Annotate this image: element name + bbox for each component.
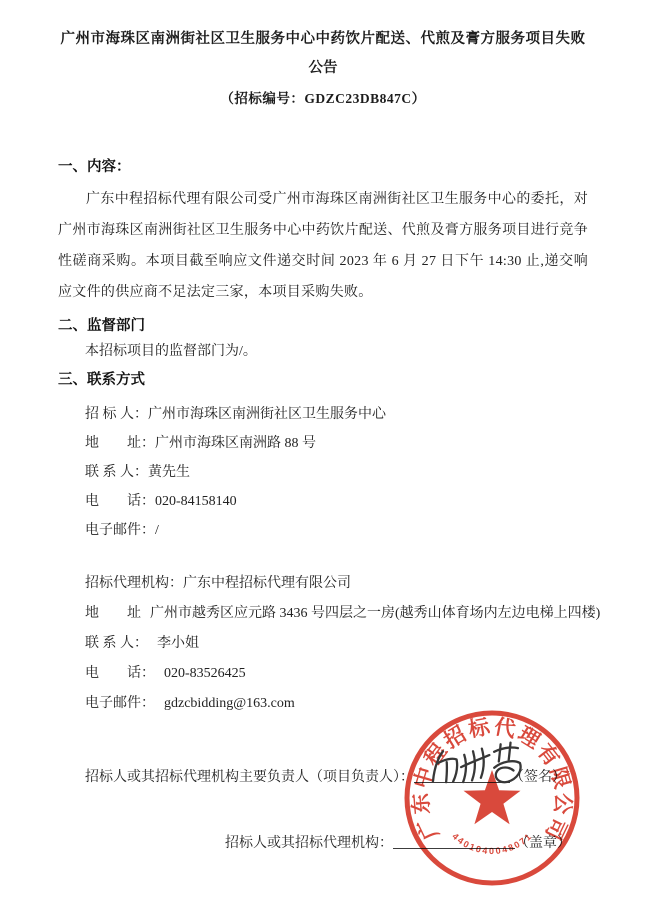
row-label: 联 系 人： — [85, 636, 148, 651]
row-label: 招 标 人： — [85, 407, 148, 422]
row-value: 广州市海珠区南洲街社区卫生服务中心 — [148, 407, 386, 422]
tenderer-row: 电 话：020-84158140 — [85, 487, 588, 516]
row-label: 电 话： — [85, 666, 155, 681]
section-heading-contact: 三、联系方式 — [58, 370, 588, 390]
row-value: 黄先生 — [148, 465, 190, 480]
row-label: 电 话： — [85, 494, 155, 509]
seal-ring-icon — [407, 713, 577, 883]
row-label: 地 址： — [85, 436, 155, 451]
signature-line-responsible-person: 招标人或其招标代理机构主要负责人（项目负责人）：（签名） — [85, 766, 588, 786]
tenderer-row: 招 标 人：广州市海珠区南洲街社区卫生服务中心 — [85, 400, 588, 429]
row-label: 招标代理机构： — [85, 576, 183, 591]
row-value: gdzcbidding@163.com — [164, 696, 295, 711]
agency-contact-block: 招标代理机构：广东中程招标代理有限公司 地 址广州市越秀区应元路 3436 号四… — [85, 569, 588, 719]
section-heading-content: 一、内容： — [58, 157, 588, 177]
page-title-second-line: 公告 — [58, 55, 588, 81]
document-page: 广州市海珠区南洲街社区卫生服务中心中药饮片配送、代煎及膏方服务项目失败 公告 （… — [0, 0, 646, 904]
company-seal: 广东中程招标代理有限公司 4401040048071 — [402, 708, 582, 888]
section-heading-supervision: 二、监督部门 — [58, 316, 588, 336]
tenderer-row: 联 系 人：黄先生 — [85, 458, 588, 487]
agency-row: 地 址广州市越秀区应元路 3436 号四层之一房(越秀山体育场内左边电梯上四楼) — [85, 599, 588, 629]
row-label: 电子邮件： — [85, 696, 155, 711]
tenderer-row: 地 址：广州市海珠区南洲路 88 号 — [85, 429, 588, 458]
signature-blank-line — [414, 768, 510, 783]
tender-number: （招标编号：GDZC23DB847C） — [58, 89, 588, 109]
stamp-blank-line — [393, 834, 515, 849]
row-value: 李小姐 — [157, 636, 199, 651]
row-label: 地 址 — [85, 606, 141, 621]
row-value: 020-83526425 — [164, 666, 246, 681]
agency-row: 电子邮件：gdzcbidding@163.com — [85, 689, 588, 719]
row-value: 广东中程招标代理有限公司 — [183, 576, 351, 591]
page-title: 广州市海珠区南洲街社区卫生服务中心中药饮片配送、代煎及膏方服务项目失败 — [58, 26, 588, 52]
signature-line1-suffix: （签名） — [510, 770, 566, 785]
row-value: 广州市越秀区应元路 3436 号四层之一房(越秀山体育场内左边电梯上四楼) — [150, 606, 600, 621]
signature-line-agency-stamp: 招标人或其招标代理机构：（盖章） — [225, 832, 588, 852]
supervision-text: 本招标项目的监督部门为/。 — [85, 342, 588, 362]
tenderer-row: 电子邮件：/ — [85, 516, 588, 545]
tenderer-contact-block: 招 标 人：广州市海珠区南洲街社区卫生服务中心 地 址：广州市海珠区南洲路 88… — [85, 400, 588, 545]
agency-row: 电 话：020-83526425 — [85, 659, 588, 689]
row-value: 广州市海珠区南洲路 88 号 — [155, 436, 316, 451]
row-value: 020-84158140 — [155, 494, 237, 509]
signature-line1-label: 招标人或其招标代理机构主要负责人（项目负责人）： — [85, 770, 414, 785]
content-paragraph: 广东中程招标代理有限公司受广州市海珠区南洲街社区卫生服务中心的委托，对广州市海珠… — [58, 184, 588, 308]
agency-row: 联 系 人：李小姐 — [85, 629, 588, 659]
agency-row: 招标代理机构：广东中程招标代理有限公司 — [85, 569, 588, 599]
signature-line2-suffix: （盖章） — [515, 836, 571, 851]
row-label: 联 系 人： — [85, 465, 148, 480]
signature-line2-label: 招标人或其招标代理机构： — [225, 836, 393, 851]
row-value: / — [155, 523, 159, 538]
row-label: 电子邮件： — [85, 523, 155, 538]
